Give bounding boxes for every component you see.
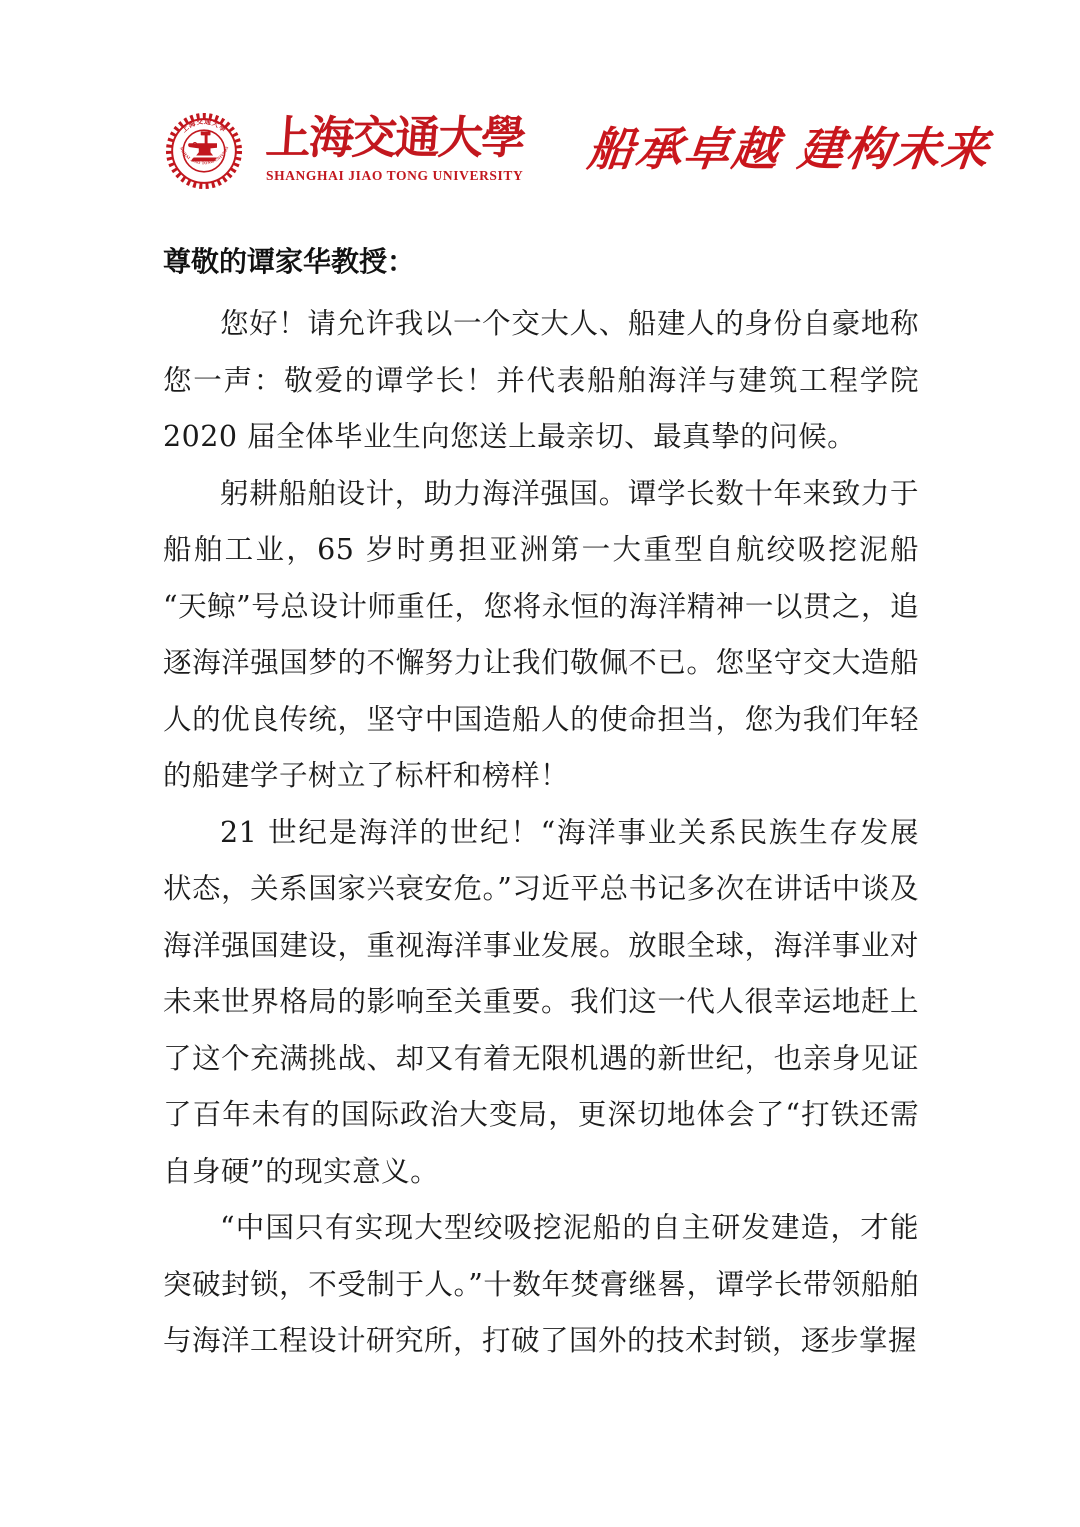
salutation: 尊敬的谭家华教授： [163,240,919,284]
document-paragraph: 您好！请允许我以一个交大人、船建人的身份自豪地称您一声：敬爱的谭学长！并代表船舶… [163,296,919,466]
document-paragraph: 躬耕船舶设计，助力海洋强国。谭学长数十年来致力于船舶工业，65 岁时勇担亚洲第一… [163,466,919,805]
letter-page: 上海交通大學 SHANGHAI JIAO TONG UNIVERSITY 上海交… [0,0,1080,1527]
document-paragraph: 21 世纪是海洋的世纪！“海洋事业关系民族生存发展状态，关系国家兴衰安危。”习近… [163,805,919,1201]
document-paragraph: “中国只有实现大型绞吸挖泥船的自主研发建造，才能突破封锁，不受制于人。”十数年焚… [163,1200,919,1370]
university-name-en: SHANGHAI JIAO TONG UNIVERSITY [266,168,526,184]
sjtu-emblem-icon: 上海交通大學 SHANGHAI JIAO TONG UNIVERSITY [165,112,243,190]
university-brand: 上海交通大學 SHANGHAI JIAO TONG UNIVERSITY [266,112,526,184]
slogan-calligraphy: 船承卓越 建构未来 [585,120,921,178]
letterhead: 上海交通大學 SHANGHAI JIAO TONG UNIVERSITY 上海交… [0,0,1080,230]
letter-body: 尊敬的谭家华教授： 您好！请允许我以一个交大人、船建人的身份自豪地称您一声：敬爱… [163,240,919,1370]
university-name-cn: 上海交通大學 [264,112,528,164]
